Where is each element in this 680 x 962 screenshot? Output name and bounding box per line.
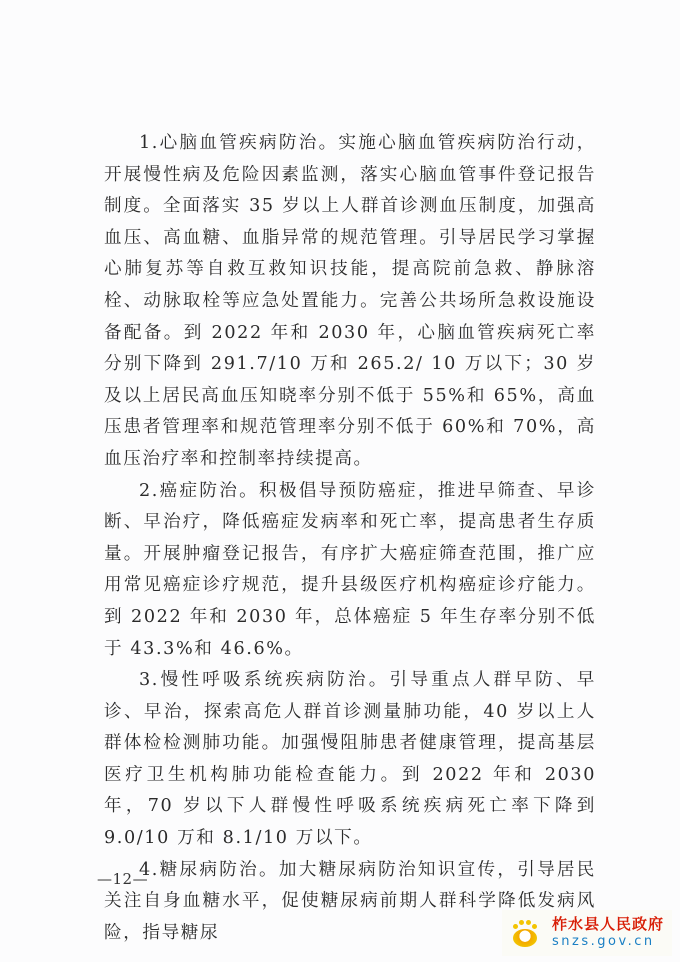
document-body: 1.心脑血管疾病防治。实施心脑血管疾病防治行动，开展慢性病及危险因素监测，落实心… <box>104 128 596 949</box>
document-page: 1.心脑血管疾病防治。实施心脑血管疾病防治行动，开展慢性病及危险因素监测，落实心… <box>0 0 680 962</box>
paragraph-cardiovascular: 1.心脑血管疾病防治。实施心脑血管疾病防治行动，开展慢性病及危险因素监测，落实心… <box>104 128 596 476</box>
watermark-url: snzs.gov.cn <box>552 933 664 951</box>
watermark-text: 柞水县人民政府 snzs.gov.cn <box>552 915 664 951</box>
paragraph-respiratory: 3.慢性呼吸系统疾病防治。引导重点人群早防、早诊、早治，探索高危人群首诊测量肺功… <box>104 665 596 855</box>
page-number: —12— <box>97 870 148 888</box>
paw-logo-icon <box>510 918 540 948</box>
paragraph-cancer: 2.癌症防治。积极倡导预防癌症，推进早筛查、早诊断、早治疗，降低癌症发病率和死亡… <box>104 476 596 666</box>
watermark: 柞水县人民政府 snzs.gov.cn <box>502 910 672 956</box>
watermark-title: 柞水县人民政府 <box>552 915 664 933</box>
